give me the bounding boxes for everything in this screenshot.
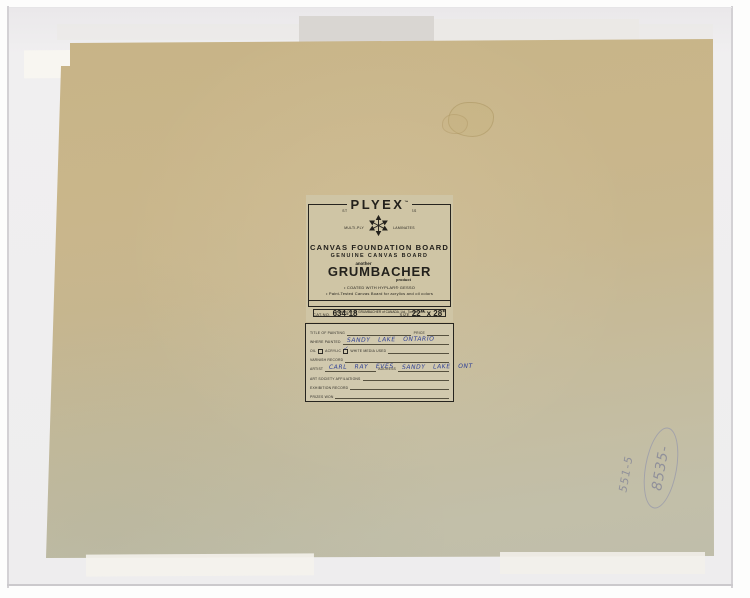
tape-top-right (434, 19, 639, 42)
frame-edge-left (7, 6, 9, 588)
maker-name: GRUMBACHER (309, 266, 450, 277)
address-handwriting: SANDY LAKE ONT (402, 363, 473, 371)
oil-label: OIL (310, 349, 316, 354)
another-word: another (293, 261, 434, 266)
photo-of-canvas-board-verso: PLYEX™ STABILIZES WEIGHT AND FLATNESS MU… (0, 0, 750, 598)
multi-ply-arrows-icon (368, 215, 389, 241)
product-subtitle: GENUINE CANVAS BOARD (309, 253, 450, 259)
water-stain (448, 102, 494, 137)
acrylic-label: ACRYLIC (325, 349, 341, 354)
plyex-manufacturer-label: PLYEX™ STABILIZES WEIGHT AND FLATNESS MU… (306, 195, 453, 322)
product-name: CANVAS FOUNDATION BOARD (309, 243, 450, 252)
bullet-paint-tested: • Paint-Tested Canvas Board for acrylics… (309, 291, 450, 297)
trademark-symbol: ™ (404, 200, 408, 205)
artist-handwriting: CARL RAY EVES (329, 363, 394, 371)
painting-record-label: TITLE OF PAINTING PRICE WHERE PAINTED SA… (305, 323, 454, 402)
prizes-won-label: PRIZES WON (310, 395, 333, 400)
tape-top-middle (299, 16, 434, 42)
plyex-label-box: STABILIZES WEIGHT AND FLATNESS MULTI-PLY (308, 204, 451, 307)
plyex-title: PLYEX™ (306, 196, 453, 214)
multi-ply-text: MULTI-PLY (344, 226, 364, 230)
prizes-won-line (335, 389, 449, 399)
frame-edge-right (731, 6, 733, 588)
laminates-text: LAMINATES (393, 226, 415, 230)
frame-edge-top (9, 7, 732, 8)
water-stain-small (442, 114, 468, 134)
oil-checkbox (318, 349, 324, 355)
frame-edge-bottom (7, 584, 733, 586)
product-word: product (333, 277, 474, 282)
multiply-laminates-row: MULTI-PLY (309, 215, 450, 241)
tape-bottom-left (86, 553, 314, 576)
artist-label: ARTIST (310, 367, 323, 372)
where-painted-label: WHERE PAINTED (310, 340, 341, 345)
canadian-distributor-strip: Canadian Div: M. GRUMBACHER of CANADA, L… (313, 309, 446, 317)
feature-bullets: • COATED WITH HYPLAR® GESSO • Paint-Test… (309, 285, 450, 297)
circled-number-text: 8535- (649, 444, 673, 492)
tape-bottom-right (500, 552, 705, 574)
acrylic-checkmark: ✓ (343, 346, 348, 352)
title-of-painting-label: TITLE OF PAINTING (310, 331, 345, 336)
brand-name: PLYEX (351, 197, 405, 212)
form-row-prizes: PRIZES WON (310, 390, 449, 399)
where-painted-handwriting: SANDY LAKE ONTARIO (346, 335, 434, 344)
